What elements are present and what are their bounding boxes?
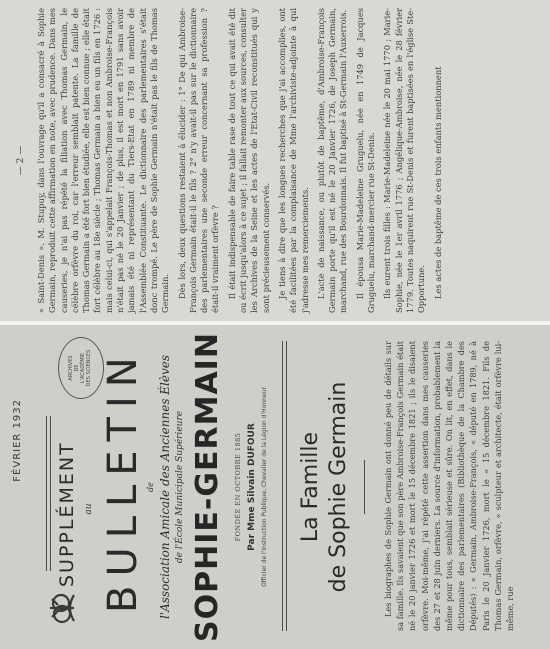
supplement-heading: SUPPLÉMENT [56,397,78,587]
paragraph: Dès lors, deux questions restaient à élu… [177,8,222,313]
paragraph: Les actes de baptême de ces trois enfant… [433,8,444,313]
paragraph: Il était indispensable de faire table ra… [227,8,272,313]
article-title-line2: de Sophie Germain [326,325,351,649]
page-number: — 2 — [16,0,26,321]
paragraph: « Saint-Denis ». M. Stupuy, dans l'ouvra… [36,8,172,313]
stamp-line: DES SCIENCES [86,338,92,398]
school-name: SOPHIE-GERMAIN [190,325,225,649]
document-spread: FÉVRIER 1932 SUPPLÉMENT au ARCHIVES DE L… [0,0,550,649]
page-body: « Saint-Denis ». M. Stupuy, dans l'ouvra… [36,8,449,313]
author-line: Par Mme Silvain DUFOUR [247,325,257,649]
double-rule [46,416,51,571]
association-name: l'Association Amicale des Anciennes Élèv… [158,325,172,649]
ornamental-monogram-icon [44,589,82,627]
au-label: au [84,469,94,549]
issue-date: FÉVRIER 1932 [12,399,23,499]
paragraph: Les biographes de Sophie Germain ont don… [382,341,516,631]
page-2: — 2 — « Saint-Denis ». M. Stupuy, dans l… [0,0,550,321]
bulletin-title: BULLETIN [100,393,146,613]
founded-line: FONDÉE EN OCTOBRE 1885 [234,325,242,649]
page-divider [0,321,550,325]
double-rule [282,341,287,631]
paragraph: Il épousa Marie-Madeleine Gruguelu, née … [355,8,378,313]
de-label: de [146,325,155,649]
paragraph: L'acte de naissance, ou plutôt de baptêm… [316,8,350,313]
article-title-line1: La Famille [298,325,323,649]
paragraph: Je tiens à dire que les longues recherch… [277,8,311,313]
paragraph: Ils eurent trois filles : Marie-Madelein… [382,8,427,313]
school-line: de l'École Municipale Supérieure [175,325,185,649]
short-rule [364,460,365,514]
author-title: Officier de l'Instruction Publique, Chev… [261,325,268,649]
cover-page: FÉVRIER 1932 SUPPLÉMENT au ARCHIVES DE L… [0,325,550,649]
archive-stamp: ARCHIVES DE L'ACADÉMIE DES SCIENCES [58,337,104,399]
article-body: Les biographes de Sophie Germain ont don… [382,341,516,631]
